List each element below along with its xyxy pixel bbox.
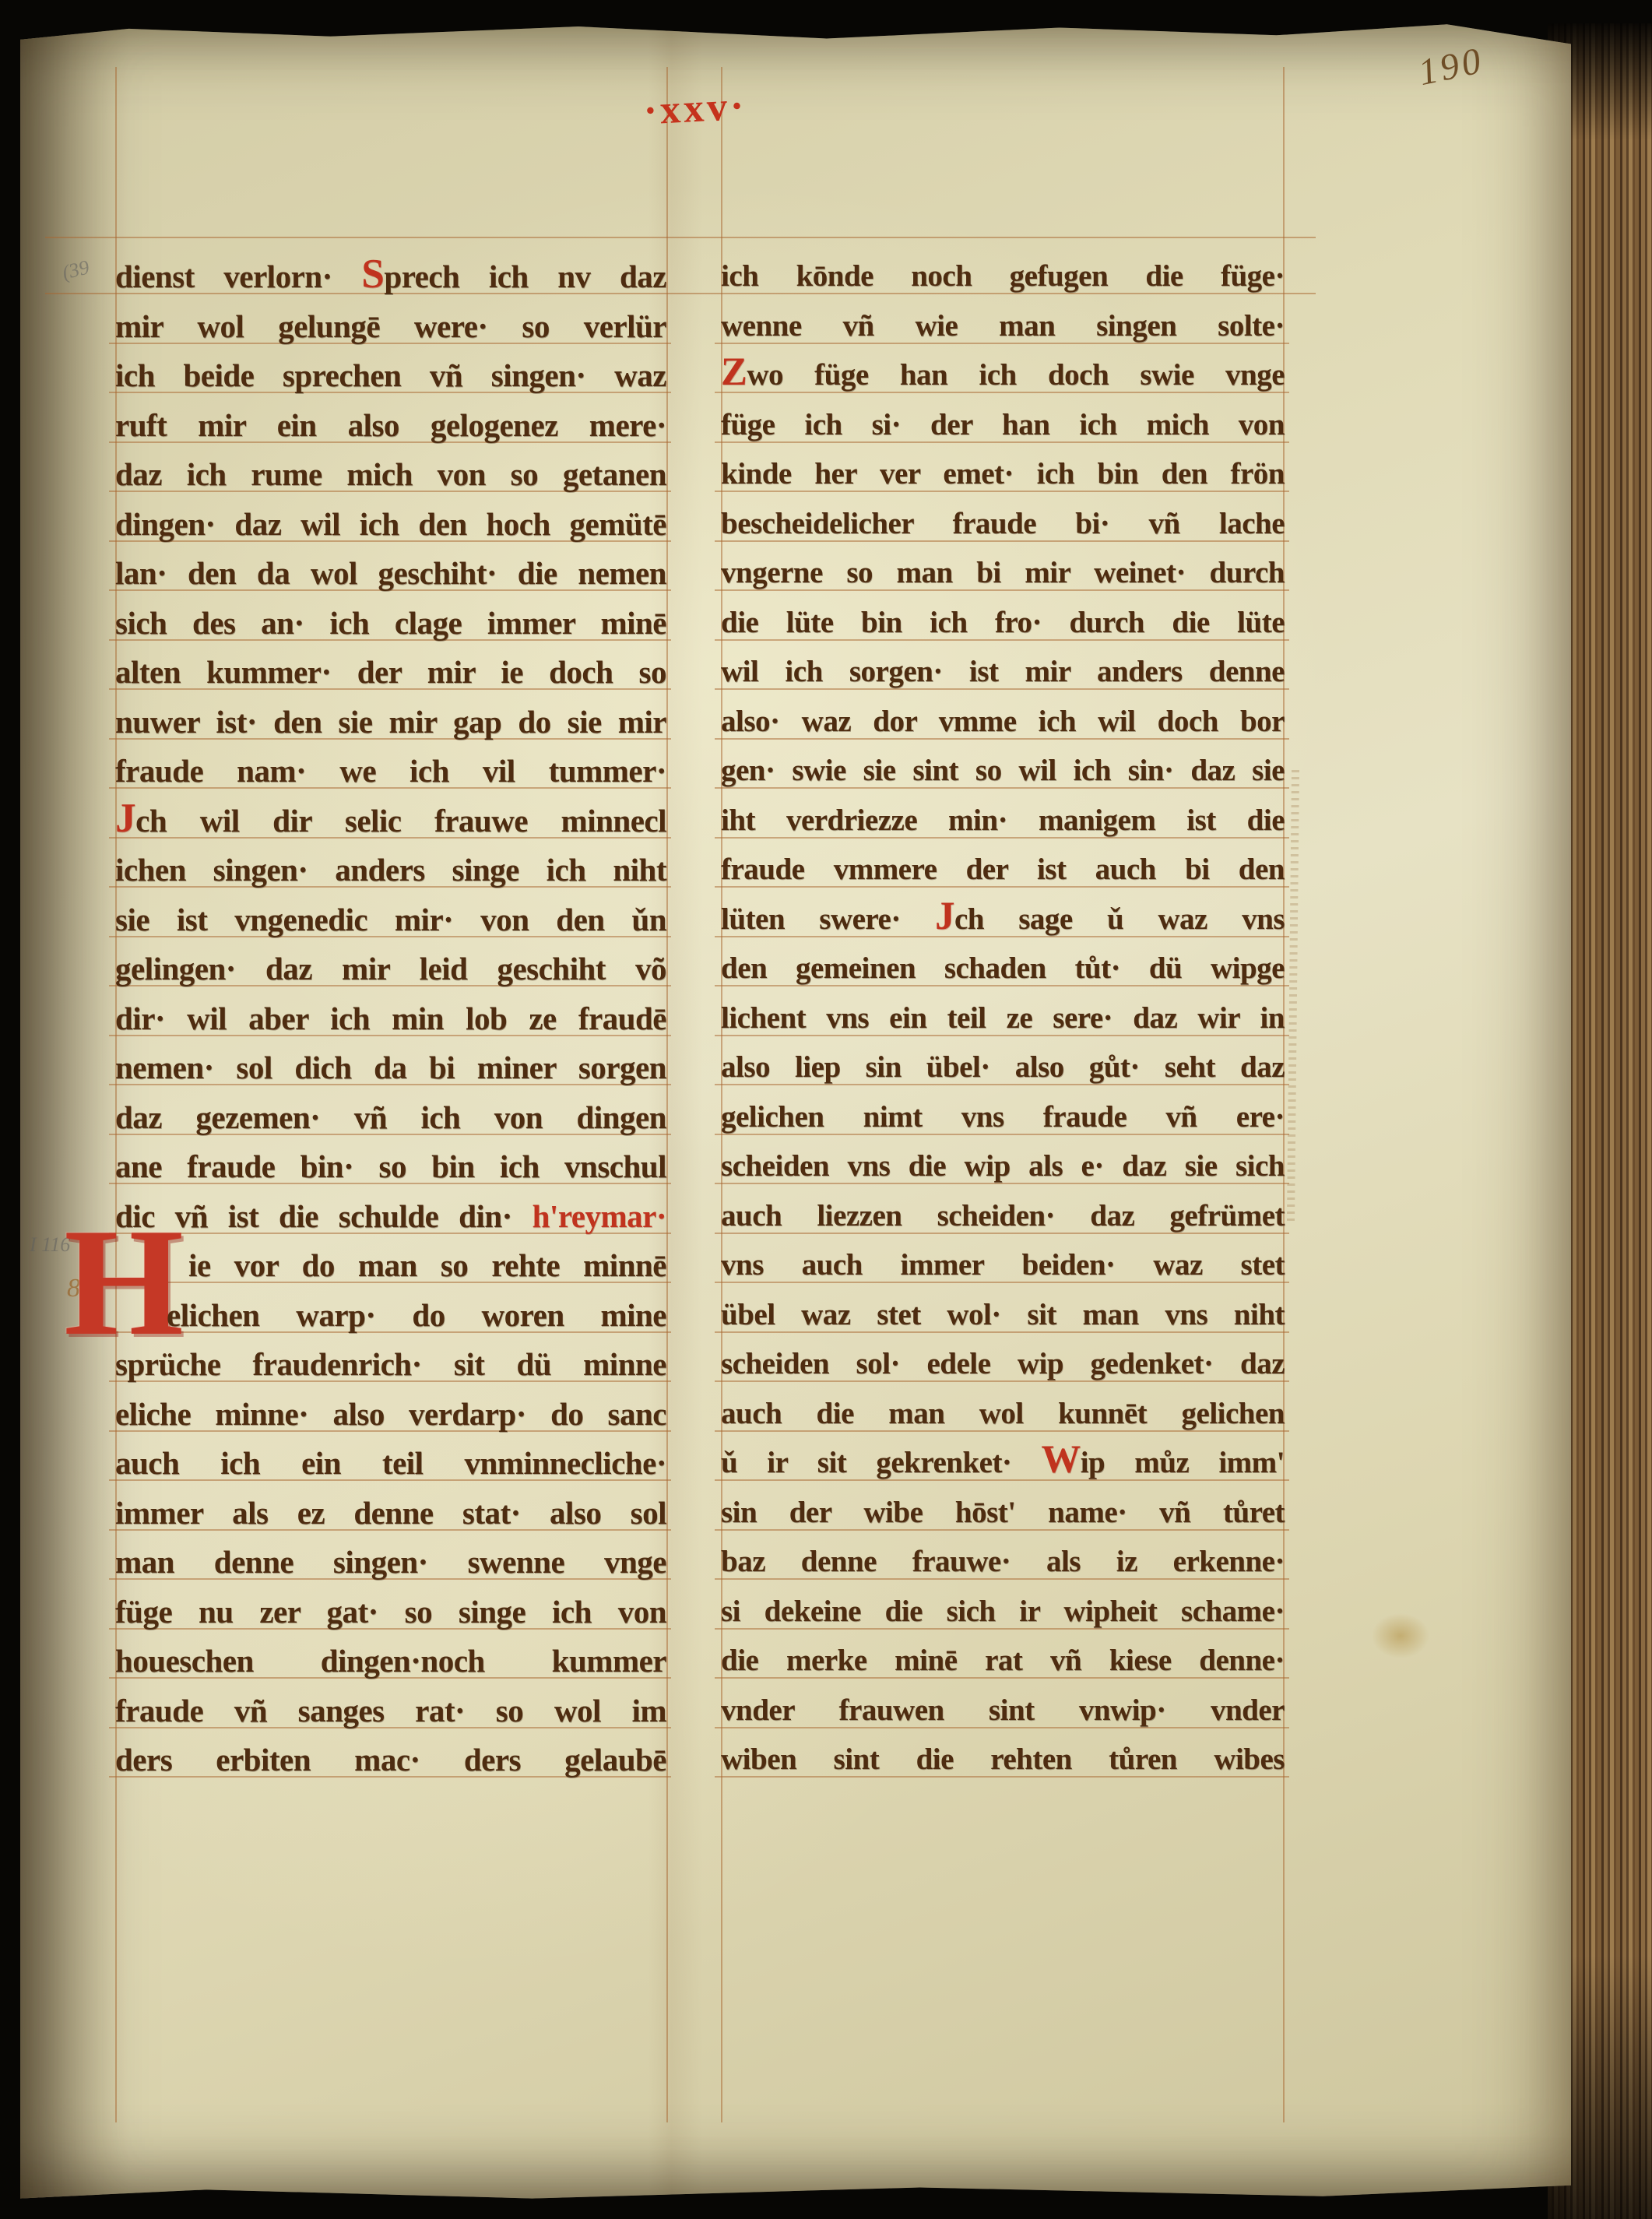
- body-text: immer als ez denne stat· also sol: [115, 1495, 666, 1531]
- body-text: houeschen dingen·noch kummer: [115, 1643, 666, 1679]
- body-text: ie vor do man so rehte minnē: [188, 1247, 666, 1283]
- body-text: vnder frauwen sint vnwip· vnder: [721, 1693, 1285, 1727]
- text-line-right-27: baz denne frauwe· als iz erkenne·: [721, 1541, 1285, 1583]
- text-line-left-7: lan· den da wol geschiht· die nemen: [115, 552, 666, 594]
- text-line-left-1: dienst verlorn· Sprech ich nv daz: [115, 255, 666, 297]
- body-text: scheiden vns die wip als e· daz sie sich: [721, 1149, 1285, 1183]
- text-line-left-15: gelingen· daz mir leid geschiht võ: [115, 948, 666, 990]
- body-text: fraude vñ sanges rat· so wol im: [115, 1693, 666, 1728]
- text-line-right-1: ich kōnde noch gefugen die füge·: [721, 255, 1285, 297]
- body-text: elichen warp· do woren mine: [167, 1297, 666, 1333]
- body-text: gen· swie sie sint so wil ich sin· daz s…: [721, 754, 1285, 787]
- rubric-text: J: [115, 795, 135, 841]
- text-line-right-28: si dekeine die sich ir wipheit schame·: [721, 1591, 1285, 1633]
- body-text: eliche minne· also verdarp· do sanc: [115, 1396, 666, 1432]
- rubric-text: W: [1042, 1437, 1081, 1481]
- body-text: ip můz imm': [1081, 1446, 1285, 1479]
- text-line-left-29: houeschen dingen·noch kummer: [115, 1640, 666, 1682]
- ruling-line-vertical: [666, 67, 668, 2122]
- body-text: füge nu zer gat· so singe ich von: [115, 1594, 666, 1630]
- text-line-right-11: gen· swie sie sint so wil ich sin· daz s…: [721, 750, 1285, 792]
- body-text: scheiden sol· edele wip gedenket· daz: [721, 1347, 1285, 1380]
- body-text: baz denne frauwe· als iz erkenne·: [721, 1545, 1285, 1578]
- text-line-right-2: wenne vñ wie man singen solte·: [721, 305, 1285, 347]
- text-line-left-26: immer als ez denne stat· also sol: [115, 1492, 666, 1534]
- text-line-left-16: dir· wil aber ich min lob ze fraudē: [115, 997, 666, 1039]
- body-text: mir wol gelungē were· so verlür: [115, 308, 666, 344]
- text-line-left-28: füge nu zer gat· so singe ich von: [115, 1591, 666, 1633]
- text-line-right-15: den gemeinen schaden tůt· dü wipge: [721, 948, 1285, 990]
- body-text: ders erbiten mac· ders gelaubē: [115, 1742, 666, 1778]
- text-line-right-13: fraude vmmere der ist auch bi den: [721, 849, 1285, 891]
- text-line-left-23: sprüche fraudenrich· sit dü minne: [115, 1343, 666, 1385]
- text-line-left-12: Jch wil dir selic frauwe minnecl: [115, 800, 666, 842]
- body-text: den gemeinen schaden tůt· dü wipge: [721, 951, 1285, 985]
- text-line-left-18: daz gezemen· vñ ich von dingen: [115, 1096, 666, 1138]
- body-text: wil ich sorgen· ist mir anders denne: [721, 655, 1285, 688]
- text-line-right-9: wil ich sorgen· ist mir anders denne: [721, 651, 1285, 693]
- body-text: auch die man wol kunnēt gelichen: [721, 1397, 1285, 1430]
- body-text: die lüte bin ich fro· durch die lüte: [721, 606, 1285, 639]
- body-text: dir· wil aber ich min lob ze fraudē: [115, 1000, 666, 1036]
- body-text: gelingen· daz mir leid geschiht võ: [115, 951, 666, 986]
- body-text: ch sage ǔ waz vns: [954, 902, 1285, 936]
- body-text: iht verdriezze min· manigem ist die: [721, 804, 1285, 837]
- text-line-right-18: gelichen nimt vns fraude vñ ere·: [721, 1096, 1285, 1138]
- text-line-left-17: nemen· sol dich da bi miner sorgen: [115, 1046, 666, 1088]
- body-text: sich des an· ich clage immer minē: [115, 605, 666, 641]
- text-line-left-3: ich beide sprechen vñ singen· waz: [115, 354, 666, 396]
- text-line-right-8: die lüte bin ich fro· durch die lüte: [721, 602, 1285, 644]
- body-text: übel waz stet wol· sit man vns niht: [721, 1298, 1285, 1331]
- text-line-left-30: fraude vñ sanges rat· so wol im: [115, 1690, 666, 1732]
- rubric-text: Z: [721, 350, 747, 393]
- body-text: vns auch immer beiden· waz stet: [721, 1248, 1285, 1282]
- text-line-right-31: wiben sint die rehten tůren wibes: [721, 1739, 1285, 1781]
- body-text: ruft mir ein also gelogenez mere·: [115, 407, 666, 443]
- body-text: sin der wibe hōst' name· vñ tůret: [721, 1496, 1285, 1529]
- body-text: vngerne so man bi mir weinet· durch: [721, 556, 1285, 589]
- text-line-right-12: iht verdriezze min· manigem ist die: [721, 800, 1285, 842]
- text-line-right-6: bescheidelicher fraude bi· vñ lache: [721, 503, 1285, 545]
- body-text: nuwer ist· den sie mir gap do sie mir: [115, 704, 666, 740]
- text-line-right-22: übel waz stet wol· sit man vns niht: [721, 1294, 1285, 1336]
- body-text: si dekeine die sich ir wipheit schame·: [721, 1595, 1285, 1628]
- text-line-left-11: fraude nam· we ich vil tummer·: [115, 750, 666, 792]
- parchment-stain: [1372, 1613, 1429, 1658]
- section-number-rubric: ·xxv·: [620, 82, 771, 135]
- body-text: daz gezemen· vñ ich von dingen: [115, 1099, 666, 1135]
- body-text: dingen· daz wil ich den hoch gemütē: [115, 506, 666, 542]
- text-line-right-26: sin der wibe hōst' name· vñ tůret: [721, 1492, 1285, 1534]
- text-line-left-24: eliche minne· also verdarp· do sanc: [115, 1393, 666, 1435]
- body-text: gelichen nimt vns fraude vñ ere·: [721, 1100, 1285, 1134]
- body-text: wo füge han ich doch swie vnge: [747, 358, 1285, 392]
- text-line-right-29: die merke minē rat vñ kiese denne·: [721, 1640, 1285, 1682]
- body-text: ch wil dir selic frauwe minnecl: [135, 803, 666, 839]
- text-line-left-5: daz ich rume mich von so getanen: [115, 453, 666, 495]
- body-text: alten kummer· der mir ie doch so: [115, 654, 666, 690]
- text-line-left-8: sich des an· ich clage immer minē: [115, 602, 666, 644]
- body-text: ane fraude bin· so bin ich vnschul: [115, 1148, 666, 1184]
- text-line-right-20: auch liezzen scheiden· daz gefrümet: [721, 1195, 1285, 1237]
- folio-number: 190: [1415, 39, 1488, 94]
- text-line-right-23: scheiden sol· edele wip gedenket· daz: [721, 1343, 1285, 1385]
- text-line-left-10: nuwer ist· den sie mir gap do sie mir: [115, 701, 666, 743]
- rubric-text: h'reymar·: [533, 1198, 666, 1234]
- body-text: wiben sint die rehten tůren wibes: [721, 1742, 1285, 1776]
- text-line-left-20: dic vñ ist die schulde din· h'reymar·: [115, 1195, 666, 1237]
- text-line-left-9: alten kummer· der mir ie doch so: [115, 651, 666, 693]
- text-line-right-30: vnder frauwen sint vnwip· vnder: [721, 1690, 1285, 1732]
- body-text: auch ich ein teil vnminnecliche·: [115, 1445, 666, 1481]
- body-text: ich kōnde noch gefugen die füge·: [721, 259, 1285, 293]
- text-line-right-3: Zwo füge han ich doch swie vnge: [721, 354, 1285, 396]
- pencil-marginalia-top-left: (39: [60, 255, 92, 284]
- body-text: lan· den da wol geschiht· die nemen: [115, 555, 666, 591]
- text-line-left-13: ichen singen· anders singe ich niht: [115, 849, 666, 891]
- page-content: ·xxv· 190 (39 I 116 80 H dienst verlorn·…: [0, 0, 1652, 2219]
- body-text: die merke minē rat vñ kiese denne·: [721, 1644, 1285, 1677]
- body-text: nemen· sol dich da bi miner sorgen: [115, 1050, 666, 1085]
- text-line-right-19: scheiden vns die wip als e· daz sie sich: [721, 1145, 1285, 1187]
- text-line-right-25: ǔ ir sit gekrenket· Wip můz imm': [721, 1442, 1285, 1484]
- text-line-right-16: lichent vns ein teil ze sere· daz wir in: [721, 997, 1285, 1039]
- body-text: man denne singen· swenne vnge: [115, 1544, 666, 1580]
- body-text: dic vñ ist die schulde din·: [115, 1198, 533, 1234]
- body-text: kinde her ver emet· ich bin den frön: [721, 457, 1285, 491]
- text-line-right-21: vns auch immer beiden· waz stet: [721, 1244, 1285, 1286]
- body-text: wenne vñ wie man singen solte·: [721, 309, 1285, 343]
- body-text: sie ist vngenedic mir· von den ǔn: [115, 902, 666, 937]
- body-text: ǔ ir sit gekrenket·: [721, 1446, 1042, 1479]
- body-text: also liep sin übel· also gůt· seht daz: [721, 1050, 1285, 1084]
- text-line-right-17: also liep sin übel· also gůt· seht daz: [721, 1046, 1285, 1088]
- body-text: fraude nam· we ich vil tummer·: [115, 753, 666, 789]
- body-text: lichent vns ein teil ze sere· daz wir in: [721, 1001, 1285, 1035]
- text-line-left-27: man denne singen· swenne vnge: [115, 1541, 666, 1583]
- body-text: lüten swere·: [721, 902, 935, 936]
- text-line-right-4: füge ich si· der han ich mich von: [721, 404, 1285, 446]
- text-line-left-25: auch ich ein teil vnminnecliche·: [115, 1442, 666, 1484]
- rubric-text: S: [361, 251, 384, 297]
- text-line-left-14: sie ist vngenedic mir· von den ǔn: [115, 899, 666, 941]
- text-line-right-14: lüten swere· Jch sage ǔ waz vns: [721, 899, 1285, 941]
- body-text: bescheidelicher fraude bi· vñ lache: [721, 507, 1285, 540]
- text-line-left-22: elichen warp· do woren mine: [167, 1294, 666, 1336]
- body-text: also· waz dor vmme ich wil doch bor: [721, 705, 1285, 738]
- manuscript-photo: ·xxv· 190 (39 I 116 80 H dienst verlorn·…: [0, 0, 1652, 2219]
- body-text: daz ich rume mich von so getanen: [115, 456, 666, 492]
- ruling-line-horizontal: [45, 237, 1316, 238]
- text-line-left-21: ie vor do man so rehte minnē: [188, 1244, 666, 1286]
- body-text: dienst verlorn·: [115, 258, 361, 294]
- body-text: fraude vmmere der ist auch bi den: [721, 853, 1285, 886]
- rubric-text: J: [935, 894, 954, 937]
- body-text: sprüche fraudenrich· sit dü minne: [115, 1346, 666, 1382]
- text-line-left-19: ane fraude bin· so bin ich vnschul: [115, 1145, 666, 1187]
- text-line-right-7: vngerne so man bi mir weinet· durch: [721, 552, 1285, 594]
- text-line-left-4: ruft mir ein also gelogenez mere·: [115, 404, 666, 446]
- text-line-right-5: kinde her ver emet· ich bin den frön: [721, 453, 1285, 495]
- text-line-left-31: ders erbiten mac· ders gelaubē: [115, 1739, 666, 1781]
- lombard-initial-h: H: [64, 1221, 184, 1344]
- body-text: auch liezzen scheiden· daz gefrümet: [721, 1199, 1285, 1233]
- text-line-left-6: dingen· daz wil ich den hoch gemütē: [115, 503, 666, 545]
- body-text: füge ich si· der han ich mich von: [721, 408, 1285, 441]
- text-line-right-24: auch die man wol kunnēt gelichen: [721, 1393, 1285, 1435]
- body-text: prech ich nv daz: [384, 258, 666, 294]
- body-text: ich beide sprechen vñ singen· waz: [115, 357, 666, 393]
- text-line-left-2: mir wol gelungē were· so verlür: [115, 305, 666, 347]
- text-line-right-10: also· waz dor vmme ich wil doch bor: [721, 701, 1285, 743]
- body-text: ichen singen· anders singe ich niht: [115, 852, 666, 888]
